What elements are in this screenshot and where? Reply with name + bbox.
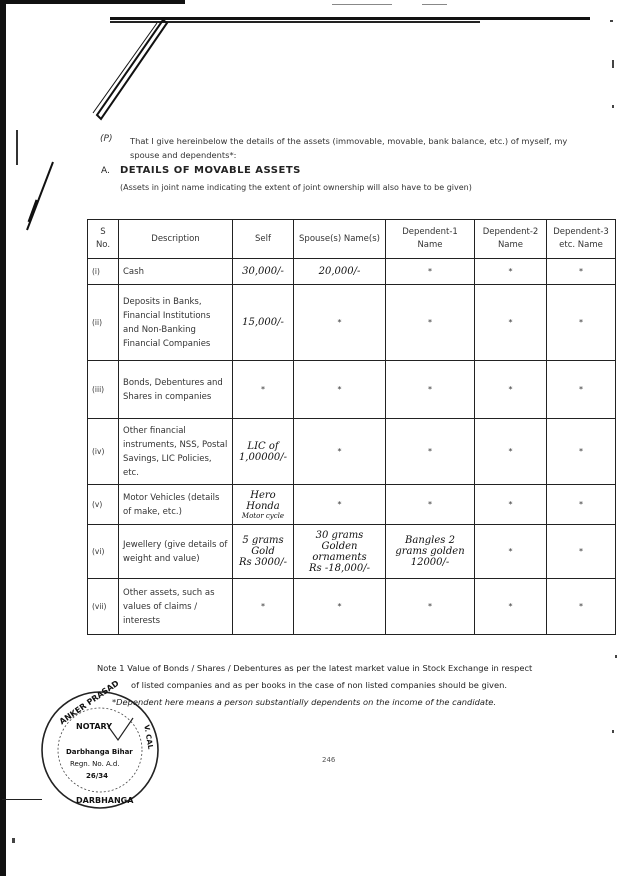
cell-spouse: * — [294, 361, 386, 419]
table-row: (vi) Jewellery (give details of weight a… — [88, 525, 616, 579]
scan-edge — [0, 0, 6, 876]
cell-sn: (v) — [88, 485, 119, 525]
cell-self: 15,000/- — [233, 285, 294, 361]
cell-description: Deposits in Banks, Financial Institution… — [119, 285, 233, 361]
cell-dep3: * — [547, 419, 616, 485]
cell-dep1: * — [386, 285, 475, 361]
cell-spouse: * — [294, 485, 386, 525]
cell-dep3: * — [547, 259, 616, 285]
table-header-row: S No. Description Self Spouse(s) Name(s)… — [88, 220, 616, 259]
cell-self: LIC of 1,00000/- — [233, 419, 294, 485]
scan-artifact-top — [0, 0, 185, 4]
cell-self: 5 grams Gold Rs 3000/- — [233, 525, 294, 579]
margin-mark — [16, 130, 18, 165]
cell-dep2: * — [475, 485, 547, 525]
stamp-ring-bottom: DARBHANGA — [76, 796, 133, 805]
cell-dep1: Bangles 2 grams golden 12000/- — [386, 525, 475, 579]
cell-dep3: * — [547, 285, 616, 361]
cell-dep3: * — [547, 361, 616, 419]
cell-dep2: * — [475, 525, 547, 579]
header-sno: S No. — [88, 220, 119, 259]
cell-self: * — [233, 361, 294, 419]
cell-dep3: * — [547, 579, 616, 635]
header-dependent-1: Dependent-1 Name — [386, 220, 475, 259]
cell-spouse: 20,000/- — [294, 259, 386, 285]
self-value: 5 grams Gold — [237, 535, 289, 557]
stamp-line-mark — [2, 799, 42, 800]
spouse-note: Rs -18,000/- — [298, 563, 381, 574]
note-2: *Dependent here means a person substanti… — [112, 697, 496, 707]
cell-dep2: * — [475, 579, 547, 635]
self-value: Hero Honda — [237, 490, 289, 512]
cell-sn: (i) — [88, 259, 119, 285]
cell-dep2: * — [475, 285, 547, 361]
cell-dep1: * — [386, 419, 475, 485]
table-row: (iv) Other financial instruments, NSS, P… — [88, 419, 616, 485]
cell-self: * — [233, 579, 294, 635]
cell-sn: (iv) — [88, 419, 119, 485]
header-dependent-3: Dependent-3 etc. Name — [547, 220, 616, 259]
cell-dep2: * — [475, 419, 547, 485]
checkmark-icon — [25, 160, 55, 235]
cell-description: Cash — [119, 259, 233, 285]
movable-assets-table: S No. Description Self Spouse(s) Name(s)… — [87, 219, 616, 635]
header-spouse: Spouse(s) Name(s) — [294, 220, 386, 259]
cell-dep2: * — [475, 259, 547, 285]
cell-dep3: * — [547, 485, 616, 525]
cell-spouse: * — [294, 579, 386, 635]
cell-description: Bonds, Debentures and Shares in companie… — [119, 361, 233, 419]
cell-description: Other assets, such as values of claims /… — [119, 579, 233, 635]
cell-dep3: * — [547, 525, 616, 579]
dep1-note: 12000/- — [390, 557, 470, 568]
section-subtitle: (Assets in joint name indicating the ext… — [120, 183, 472, 192]
cell-dep1: * — [386, 485, 475, 525]
stamp-line-4: 26/34 — [86, 772, 108, 780]
cell-spouse: * — [294, 285, 386, 361]
cell-description: Other financial instruments, NSS, Postal… — [119, 419, 233, 485]
cell-dep1: * — [386, 579, 475, 635]
table-row: (vii) Other assets, such as values of cl… — [88, 579, 616, 635]
cell-description: Jewellery (give details of weight and va… — [119, 525, 233, 579]
dep1-value: Bangles 2 grams golden — [390, 535, 470, 557]
cell-dep1: * — [386, 361, 475, 419]
self-note: Rs 3000/- — [237, 557, 289, 568]
stamp-line-1: NOTARY — [76, 722, 112, 731]
table-row: (ii) Deposits in Banks, Financial Instit… — [88, 285, 616, 361]
self-note: Motor cycle — [237, 512, 289, 520]
note-1-line-1: Note 1 Value of Bonds / Shares / Debentu… — [97, 660, 597, 677]
table-row: (iii) Bonds, Debentures and Shares in co… — [88, 361, 616, 419]
table-row: (v) Motor Vehicles (details of make, etc… — [88, 485, 616, 525]
pen-strike-icon — [75, 15, 175, 125]
paragraph-number: (P) — [100, 134, 112, 144]
cell-spouse: * — [294, 419, 386, 485]
note-1: Note 1 Value of Bonds / Shares / Debentu… — [97, 660, 597, 694]
stamp-line-3: Regn. No. A.d. — [70, 760, 120, 768]
pen-rule — [110, 17, 590, 20]
paragraph-text: That I give hereinbelow the details of t… — [130, 134, 570, 162]
header-self: Self — [233, 220, 294, 259]
section-letter: A. — [101, 166, 110, 176]
section-title: DETAILS OF MOVABLE ASSETS — [120, 165, 301, 176]
note-1-line-2: of listed companies and as per books in … — [97, 677, 597, 694]
cell-sn: (ii) — [88, 285, 119, 361]
cell-self: Hero Honda Motor cycle — [233, 485, 294, 525]
cell-dep2: * — [475, 361, 547, 419]
cell-sn: (iii) — [88, 361, 119, 419]
cell-spouse: 30 grams Golden ornaments Rs -18,000/- — [294, 525, 386, 579]
cell-description: Motor Vehicles (details of make, etc.) — [119, 485, 233, 525]
cell-self: 30,000/- — [233, 259, 294, 285]
header-description: Description — [119, 220, 233, 259]
page-number: 246 — [322, 756, 335, 764]
cell-dep1: * — [386, 259, 475, 285]
cell-sn: (vii) — [88, 579, 119, 635]
notary-stamp: ANKER PRASAD V. CAL DARBHANGA NOTARY Dar… — [38, 688, 168, 822]
spouse-value: 30 grams Golden ornaments — [298, 530, 381, 563]
cell-sn: (vi) — [88, 525, 119, 579]
table-row: (i) Cash 30,000/- 20,000/- * * * — [88, 259, 616, 285]
header-dependent-2: Dependent-2 Name — [475, 220, 547, 259]
stamp-line-2: Darbhanga Bihar — [66, 748, 133, 756]
